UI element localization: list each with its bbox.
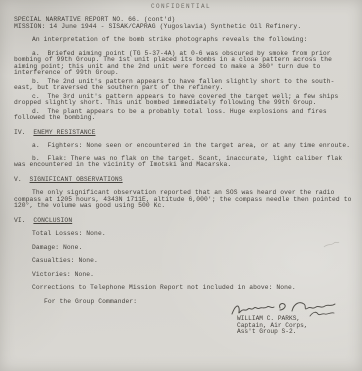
interpretation-paragraphs: a. Briefed aiming point (TG 5-37-4A) at … bbox=[14, 51, 353, 122]
scanned-report-page: CONFIDENTIAL SPECIAL NARRATIVE REPORT NO… bbox=[0, 0, 362, 371]
paragraph-text: Briefed aiming point (TG 5-37-4A) at 0-6… bbox=[14, 50, 332, 77]
pencil-mark bbox=[322, 240, 340, 250]
flak-item: b. Flak: There was no flak on the target… bbox=[14, 156, 353, 169]
paragraph-text: The 3rd unit's pattern appears to have c… bbox=[14, 93, 338, 107]
section-title: CONCLUSION bbox=[33, 217, 72, 224]
section-title: ENEMY RESISTANCE bbox=[33, 129, 95, 136]
report-title: SPECIAL NARRATIVE REPORT NO. 66. (cont'd… bbox=[14, 16, 353, 23]
item-label: a. bbox=[32, 142, 40, 149]
signature-block: WILLIAM C. PARKS, Captain, Air Corps, As… bbox=[237, 316, 352, 336]
total-losses-line: Total Losses: None. bbox=[14, 231, 353, 238]
section-vi: VI. CONCLUSION Total Losses: None. Damag… bbox=[14, 218, 353, 306]
section-v: V. SIGNIFICANT OBSERVATIONS The only sig… bbox=[14, 177, 353, 210]
section-vi-heading: VI. CONCLUSION bbox=[14, 218, 353, 225]
casualties-line: Casualties: None. bbox=[14, 258, 353, 265]
paragraph-b: b. The 2nd unit's pattern appears to hav… bbox=[14, 79, 353, 92]
section-title: SIGNIFICANT OBSERVATIONS bbox=[30, 176, 123, 183]
section-number: V. bbox=[14, 176, 22, 183]
classification-stamp: CONFIDENTIAL bbox=[0, 3, 362, 10]
damage-line: Damage: None. bbox=[14, 245, 353, 252]
fighters-item: a. Fighters: None seen or encountered in… bbox=[14, 143, 353, 150]
paragraph-text: The plant appears to be a probably total… bbox=[14, 108, 327, 122]
section-number: IV. bbox=[14, 129, 26, 136]
section-iv-heading: IV. ENEMY RESISTANCE bbox=[14, 130, 353, 137]
paragraph-a: a. Briefed aiming point (TG 5-37-4A) at … bbox=[14, 51, 353, 77]
paragraph-text: The 2nd unit's pattern appears to have f… bbox=[14, 78, 335, 92]
section-iv: IV. ENEMY RESISTANCE a. Fighters: None s… bbox=[14, 130, 353, 169]
victories-line: Victories: None. bbox=[14, 272, 353, 279]
section-v-heading: V. SIGNIFICANT OBSERVATIONS bbox=[14, 177, 353, 184]
paragraph-d: d. The plant appears to be a probably to… bbox=[14, 109, 353, 122]
corrections-line: Corrections to Telephone Mission Report … bbox=[14, 285, 353, 292]
mission-line: MISSION: 14 June 1944 - SISAK/CAPRAG (Yu… bbox=[14, 23, 353, 30]
observations-paragraph: The only significant observation reporte… bbox=[14, 190, 353, 210]
interpretation-intro: An interpretation of the bomb strike pho… bbox=[14, 37, 353, 44]
item-text: Fighters: None seen or encountered in th… bbox=[48, 142, 351, 149]
signature-typed-title: Ass't Group S-2. bbox=[237, 329, 352, 336]
paragraph-c: c. The 3rd unit's pattern appears to hav… bbox=[14, 94, 353, 107]
report-body: SPECIAL NARRATIVE REPORT NO. 66. (cont'd… bbox=[14, 16, 353, 305]
item-text: Flak: There was no flak on the target. S… bbox=[14, 155, 342, 169]
section-number: VI. bbox=[14, 217, 26, 224]
